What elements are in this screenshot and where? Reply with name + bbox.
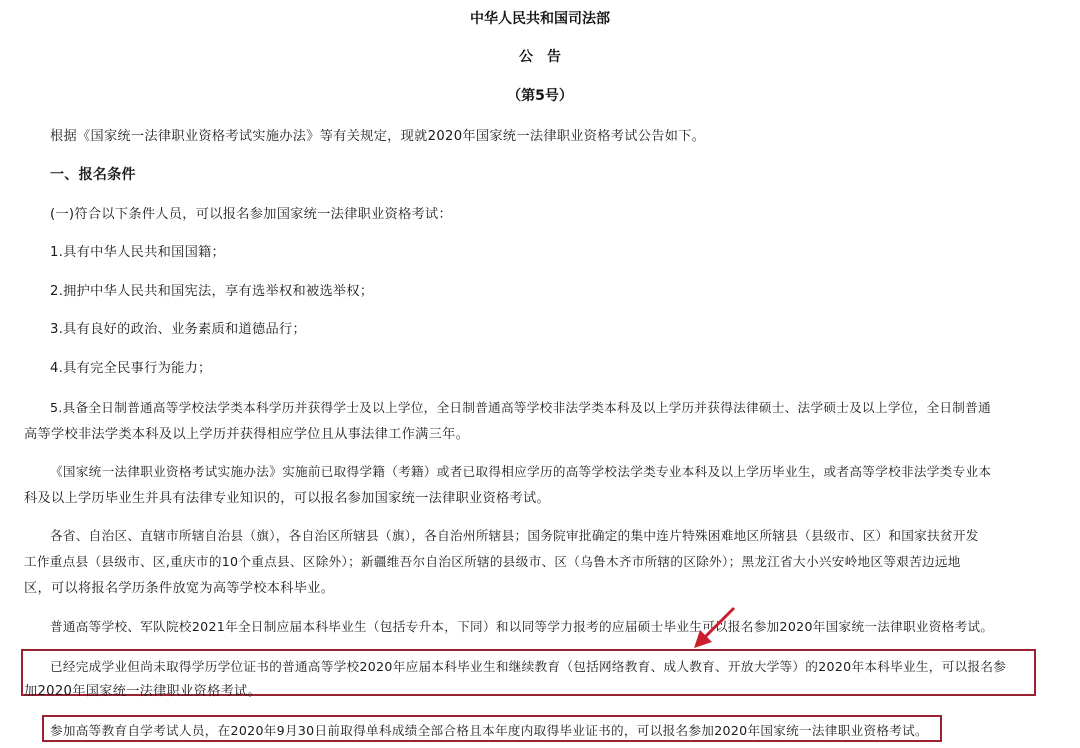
announcement-number: （第5号） — [0, 85, 1080, 105]
intro-paragraph: 根据《国家统一法律职业资格考试实施办法》等有关规定，现就2020年国家统一法律职… — [50, 125, 705, 144]
condition-item-5: 5.具备全日制普通高等学校法学类本科学历并获得学士及以上学位，全日制普通高等学校… — [50, 397, 991, 416]
paragraph-implementation: 《国家统一法律职业资格考试实施办法》实施前已取得学籍（考籍）或者已取得相应学历的… — [50, 461, 991, 480]
paragraph-2021-graduates: 普通高等学校、军队院校2021年全日制应届本科毕业生（包括专升本，下同）和以同等… — [50, 616, 993, 635]
condition-item: 4.具有完全民事行为能力； — [50, 357, 212, 376]
announcement-title: 公 告 — [0, 46, 1080, 66]
paragraph-2020-graduates: 已经完成学业但尚未取得学历学位证书的普通高等学校2020年应届本科毕业生和继续教… — [50, 656, 1006, 675]
condition-item-5-cont: 高等学校非法学类本科及以上学历并获得相应学位且从事法律工作满三年。 — [24, 423, 469, 442]
condition-item: 2.拥护中华人民共和国宪法，享有选举权和被选举权； — [50, 280, 373, 299]
paragraph-relaxed-regions: 各省、自治区、直辖市所辖自治县（旗），各自治区所辖县（旗），各自治州所辖县；国务… — [50, 525, 979, 544]
paragraph-2020-graduates-cont: 加2020年国家统一法律职业资格考试。 — [24, 680, 261, 699]
condition-item: 1.具有中华人民共和国国籍； — [50, 241, 225, 260]
issuer-heading: 中华人民共和国司法部 — [0, 8, 1080, 28]
paragraph-relaxed-regions-cont: 工作重点县（县级市、区,重庆市的10个重点县、区除外）；新疆维吾尔自治区所辖的县… — [24, 551, 961, 570]
paragraph-implementation-cont: 科及以上学历毕业生并具有法律专业知识的，可以报名参加国家统一法律职业资格考试。 — [24, 487, 550, 506]
section-heading: 一、报名条件 — [50, 164, 136, 184]
condition-item: 3.具有良好的政治、业务素质和道德品行； — [50, 318, 306, 337]
paragraph-relaxed-regions-end: 区，可以将报名学历条件放宽为高等学校本科毕业。 — [24, 577, 334, 596]
sub-clause-1: (一)符合以下条件人员，可以报名参加国家统一法律职业资格考试： — [50, 203, 452, 222]
paragraph-self-study: 参加高等教育自学考试人员，在2020年9月30日前取得单科成绩全部合格且本年度内… — [50, 720, 928, 739]
red-arrow-icon — [690, 604, 740, 652]
